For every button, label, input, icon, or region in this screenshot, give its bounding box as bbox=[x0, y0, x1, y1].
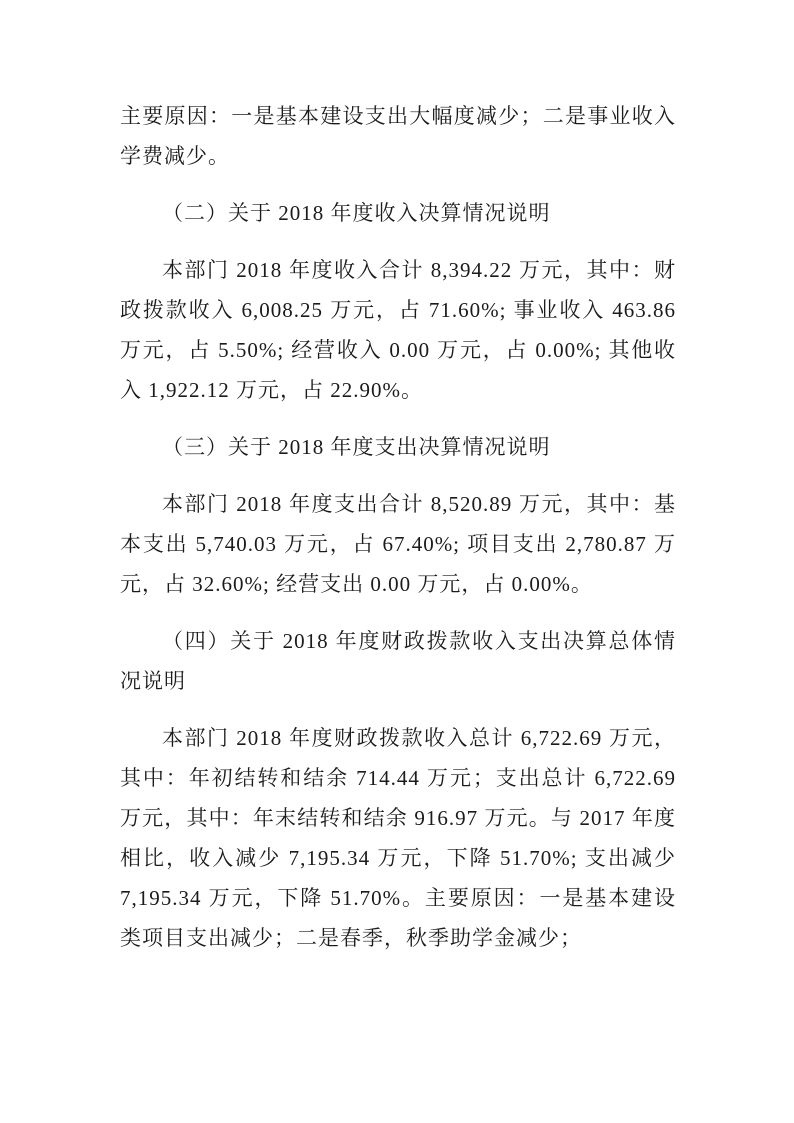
paragraph-main-reason-continuation: 主要原因：一是基本建设支出大幅度减少；二是事业收入学费减少。 bbox=[120, 96, 676, 176]
heading-section-2-income-statement: （二）关于 2018 年度收入决算情况说明 bbox=[120, 193, 676, 233]
paragraph-fiscal-appropriation-details: 本部门 2018 年度财政拨款收入总计 6,722.69 万元，其中：年初结转和… bbox=[120, 718, 676, 958]
heading-section-4-fiscal-appropriation-statement: （四）关于 2018 年度财政拨款收入支出决算总体情况说明 bbox=[120, 621, 676, 701]
document-page: 主要原因：一是基本建设支出大幅度减少；二是事业收入学费减少。 （二）关于 201… bbox=[0, 0, 794, 1123]
page-content: 主要原因：一是基本建设支出大幅度减少；二是事业收入学费减少。 （二）关于 201… bbox=[120, 96, 676, 975]
heading-section-3-expenditure-statement: （三）关于 2018 年度支出决算情况说明 bbox=[120, 427, 676, 467]
paragraph-income-details: 本部门 2018 年度收入合计 8,394.22 万元，其中：财政拨款收入 6,… bbox=[120, 250, 676, 410]
paragraph-expenditure-details: 本部门 2018 年度支出合计 8,520.89 万元，其中：基本支出 5,74… bbox=[120, 484, 676, 604]
